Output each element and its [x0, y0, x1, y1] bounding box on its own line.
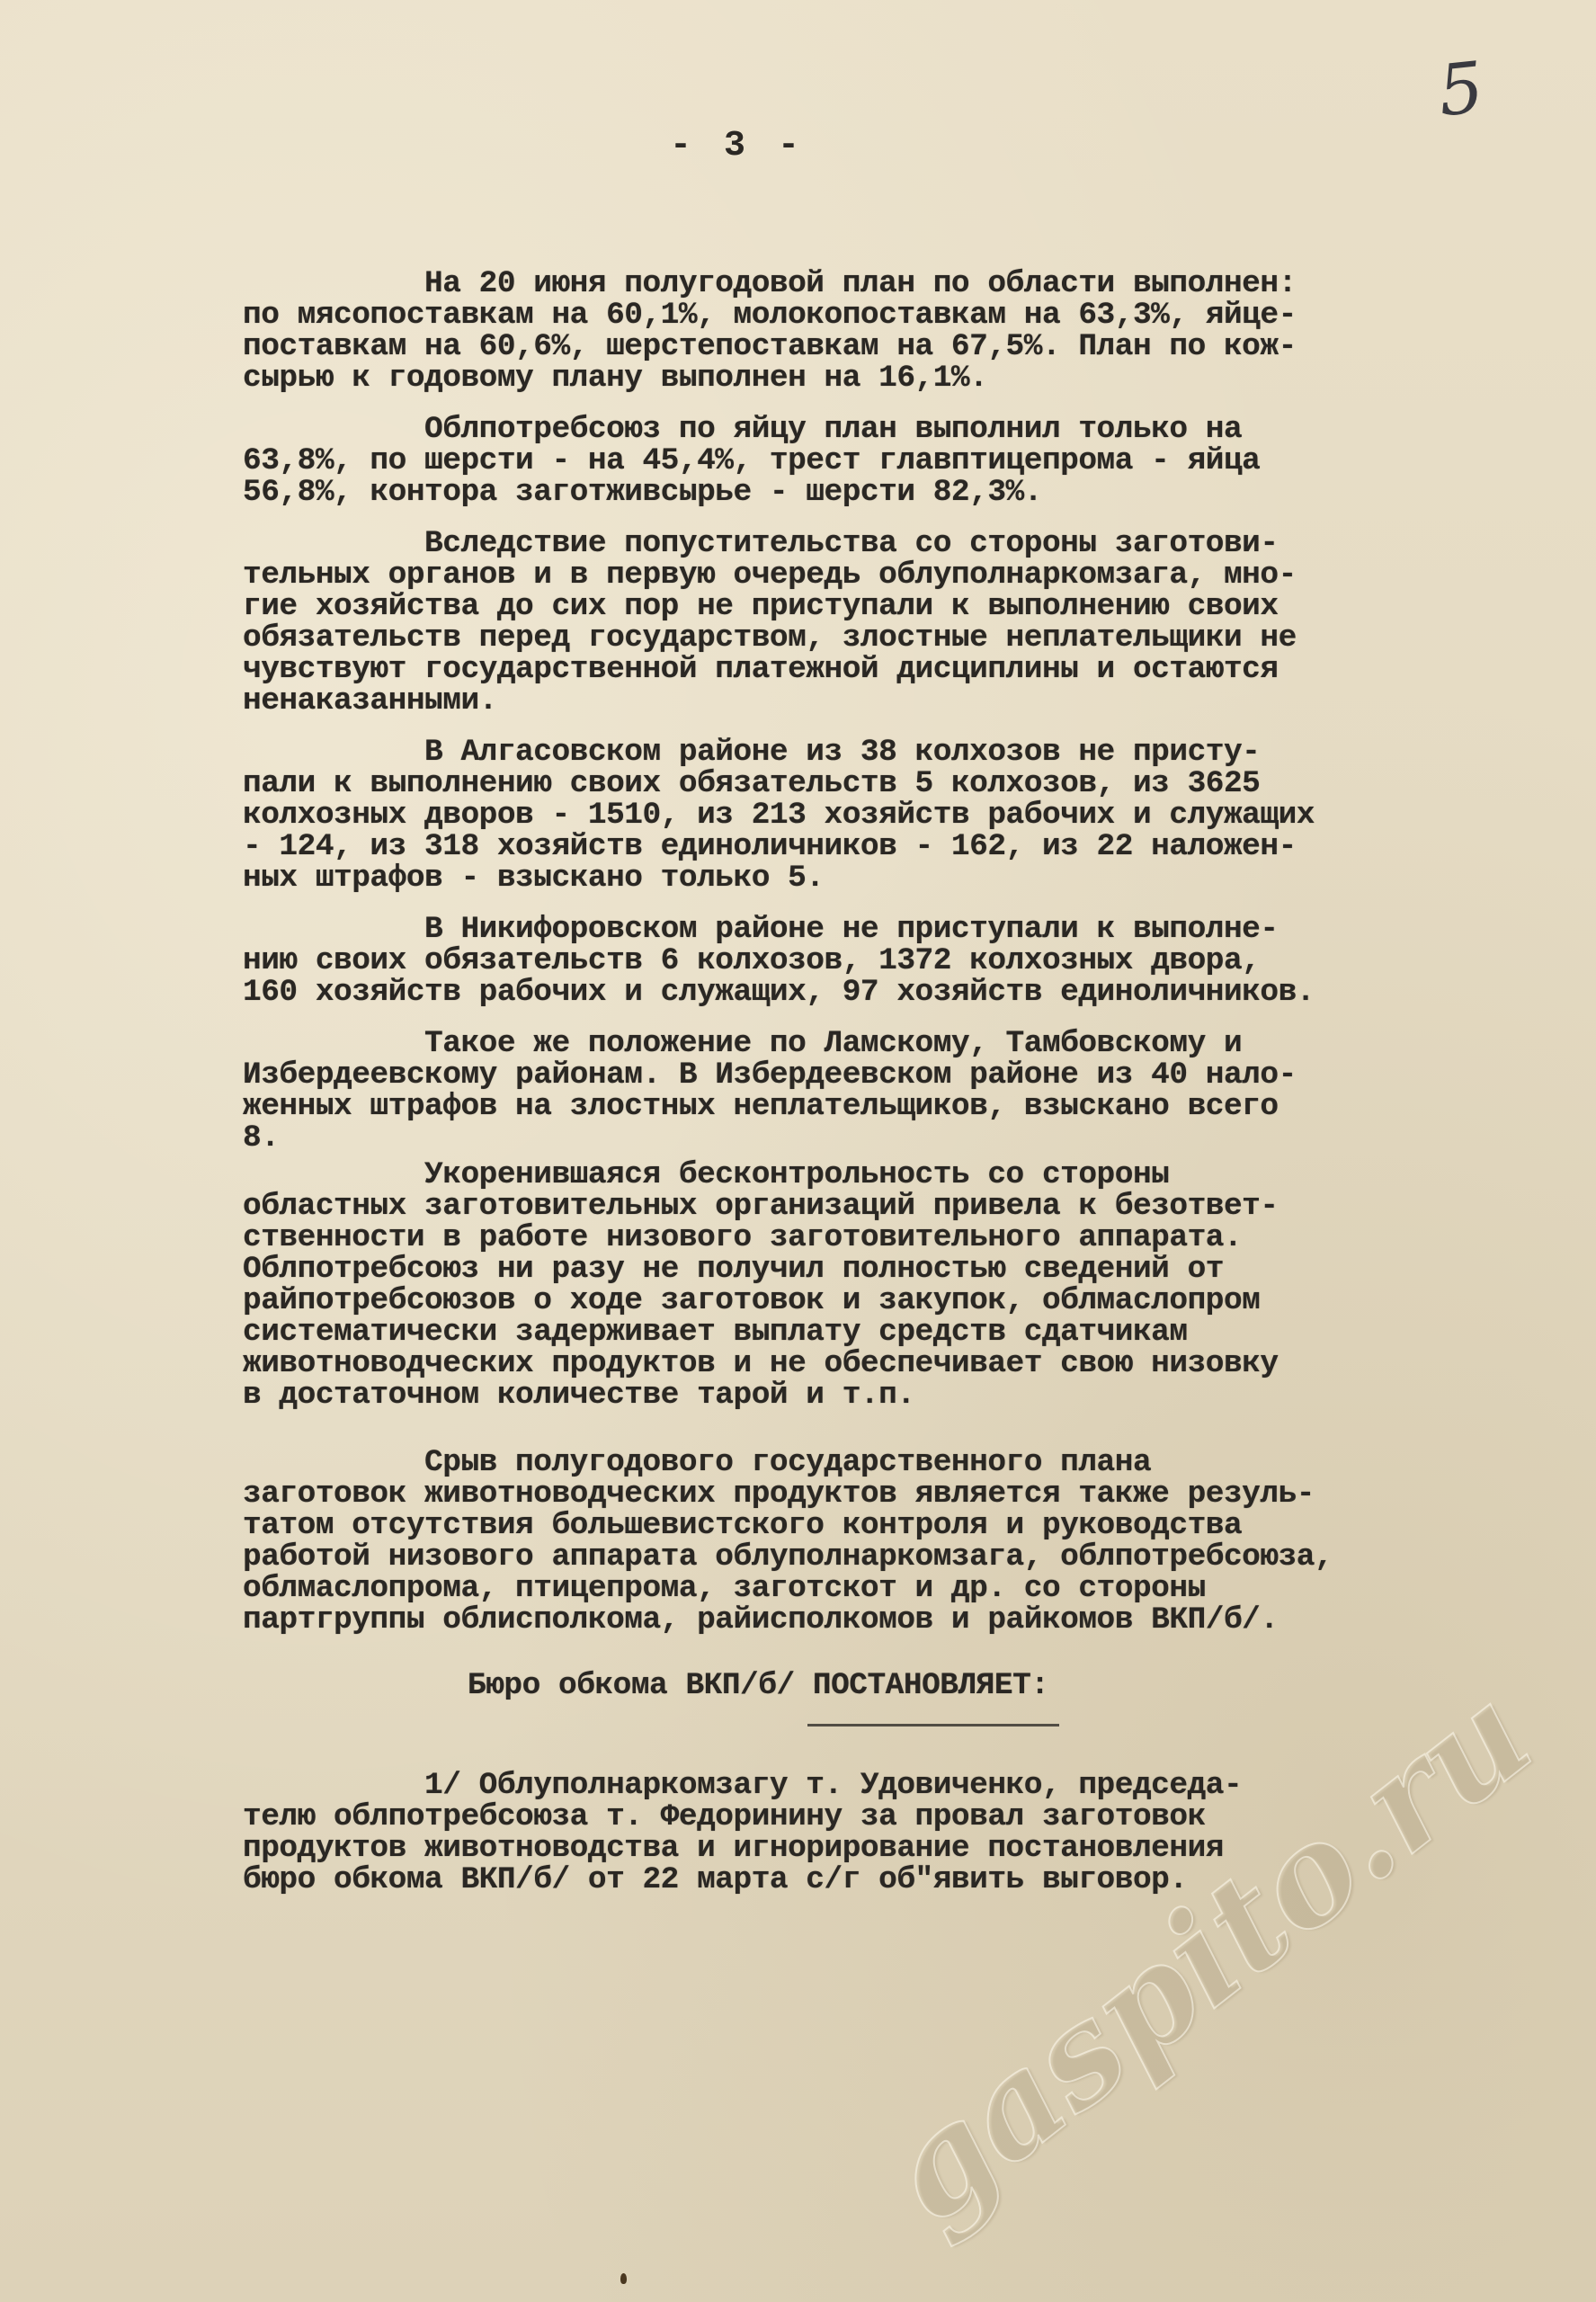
- text-line: областных заготовительных организаций пр…: [243, 1191, 1574, 1222]
- document-body: На 20 июня полугодовой план по области в…: [243, 268, 1574, 1655]
- paragraph-negligence: Вследствие попустительства со стороны за…: [243, 528, 1574, 717]
- text-line: в достаточном количестве тарой и т.п.: [243, 1379, 1574, 1411]
- text-line: В Алгасовском районе из 38 колхозов не п…: [243, 736, 1574, 768]
- text-line: 8.: [243, 1122, 1574, 1154]
- paragraph-nikiforovsky-district: В Никифоровском районе не приступали к в…: [243, 914, 1574, 1008]
- heading-underline: [807, 1724, 1059, 1726]
- text-line: ственности в работе низового заготовител…: [243, 1222, 1574, 1254]
- text-line: ненаказанными.: [243, 685, 1574, 717]
- text-line: 63,8%, по шерсти - на 45,4%, трест главп…: [243, 445, 1574, 477]
- text-line: ных штрафов - взыскано только 5.: [243, 862, 1574, 894]
- text-line: поставкам на 60,6%, шерстепоставкам на 6…: [243, 331, 1574, 362]
- text-line: нию своих обязательств 6 колхозов, 1372 …: [243, 945, 1574, 977]
- paragraph-plan-fulfillment: На 20 июня полугодовой план по области в…: [243, 268, 1574, 394]
- text-line: животноводческих продуктов и не обеспечи…: [243, 1348, 1574, 1379]
- text-line: пали к выполнению своих обязательств 5 к…: [243, 768, 1574, 799]
- text-line: райпотребсоюзов о ходе заготовок и закуп…: [243, 1285, 1574, 1316]
- paragraph-oblpotrebsoyuz: Облпотребсоюз по яйцу план выполнил толь…: [243, 414, 1574, 508]
- paragraph-other-districts: Такое же положение по Ламскому, Тамбовск…: [243, 1028, 1574, 1154]
- paragraph-algasovsky-district: В Алгасовском районе из 38 колхозов не п…: [243, 736, 1574, 894]
- text-line: заготовок животноводческих продуктов явл…: [243, 1478, 1574, 1510]
- text-line: тельных органов и в первую очередь облуп…: [243, 559, 1574, 591]
- text-line: систематически задерживает выплату средс…: [243, 1316, 1574, 1348]
- text-line: работой низового аппарата облуполнаркомз…: [243, 1541, 1574, 1573]
- text-line: Вследствие попустительства со стороны за…: [243, 528, 1574, 559]
- text-line: Срыв полугодового государственного плана: [243, 1447, 1574, 1478]
- text-line: 56,8%, контора заготживсырье - шерсти 82…: [243, 477, 1574, 508]
- paragraph-plan-failure: Срыв полугодового государственного плана…: [243, 1447, 1574, 1636]
- resolution-heading: Бюро обкома ВКП/б/ ПОСТАНОВЛЯЕТ:: [468, 1668, 1049, 1703]
- text-line: Облпотребсоюз по яйцу план выполнил толь…: [243, 414, 1574, 445]
- text-line: сырью к годовому плану выполнен на 16,1%…: [243, 362, 1574, 394]
- text-line: Избердеевскому районам. В Избердеевском …: [243, 1059, 1574, 1091]
- archive-sheet-number: 5: [1434, 48, 1487, 133]
- text-line: женных штрафов на злостных неплательщико…: [243, 1091, 1574, 1122]
- text-line: по мясопоставкам на 60,1%, молокопоставк…: [243, 299, 1574, 331]
- text-line: чувствуют государственной платежной дисц…: [243, 654, 1574, 685]
- text-line: В Никифоровском районе не приступали к в…: [243, 914, 1574, 945]
- text-line: облмаслопрома, птицепрома, заготскот и д…: [243, 1573, 1574, 1604]
- text-line: обязательств перед государством, злостны…: [243, 622, 1574, 654]
- text-line: На 20 июня полугодовой план по области в…: [243, 268, 1574, 299]
- text-line: партгруппы облисполкома, райисполкомов и…: [243, 1604, 1574, 1636]
- text-line: 160 хозяйств рабочих и служащих, 97 хозя…: [243, 977, 1574, 1008]
- paper-speck: [620, 2273, 627, 2284]
- text-line: Облпотребсоюз ни разу не получил полност…: [243, 1254, 1574, 1285]
- paragraph-lack-of-control: Укоренившаяся бесконтрольность со сторон…: [243, 1159, 1574, 1411]
- page-number: - 3 -: [670, 126, 805, 166]
- text-line: - 124, из 318 хозяйств единоличников - 1…: [243, 831, 1574, 862]
- text-line: колхозных дворов - 1510, из 213 хозяйств…: [243, 799, 1574, 831]
- text-line: Укоренившаяся бесконтрольность со сторон…: [243, 1159, 1574, 1191]
- text-line: татом отсутствия большевистского контрол…: [243, 1510, 1574, 1541]
- text-line: гие хозяйства до сих пор не приступали к…: [243, 591, 1574, 622]
- text-line: Такое же положение по Ламскому, Тамбовск…: [243, 1028, 1574, 1059]
